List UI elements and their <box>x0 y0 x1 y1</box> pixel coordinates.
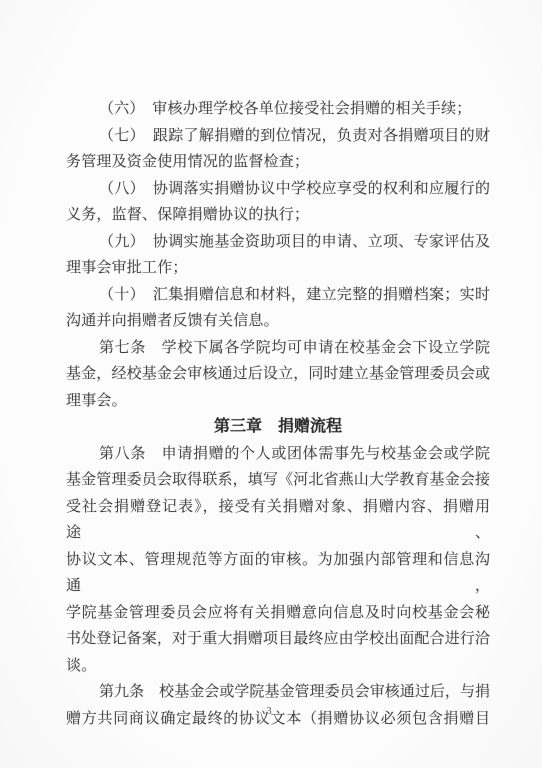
text-line: 协议文本、管理规范等方面的审核。为加强内部管理和信息沟通， <box>66 547 490 600</box>
text-line: 沟通并向捐赠者反馈有关信息。 <box>66 308 490 335</box>
text-line: 义务，监督、保障捐赠协议的执行； <box>66 202 490 229</box>
text-line: 理事会。 <box>66 388 490 415</box>
text-line: 基金，经校基金会审核通过后设立，同时建立基金管理委员会或 <box>66 361 490 388</box>
page-number: 3 <box>0 706 538 717</box>
text-line: （七） 跟踪了解捐赠的到位情况，负责对各捐赠项目的财 <box>66 123 490 150</box>
text-line: （八） 协调落实捐赠协议中学校应享受的权利和应履行的 <box>66 176 490 203</box>
scanned-document-page: （六） 审核办理学校各单位接受社会捐赠的相关手续；（七） 跟踪了解捐赠的到位情况… <box>0 0 542 768</box>
text-line: 第八条 申请捐赠的个人或团体需事先与校基金会或学院 <box>66 441 490 468</box>
text-line: 务管理及资金使用情况的监督检查； <box>66 149 490 176</box>
text-line: 书处登记备案，对于重大捐赠项目最终应由学校出面配合进行洽 <box>66 626 490 653</box>
text-line: 受社会捐赠登记表》，接受有关捐赠对象、捐赠内容、捐赠用途、 <box>66 494 490 547</box>
text-line: （十） 汇集捐赠信息和材料，建立完整的捐赠档案；实时 <box>66 282 490 309</box>
document-body: （六） 审核办理学校各单位接受社会捐赠的相关手续；（七） 跟踪了解捐赠的到位情况… <box>66 96 490 732</box>
text-line: 第九条 校基金会或学院基金管理委员会审核通过后，与捐 <box>66 679 490 706</box>
chapter-heading: 第三章 捐赠流程 <box>66 414 490 441</box>
text-line: 第七条 学校下属各学院均可申请在校基金会下设立学院 <box>66 335 490 362</box>
text-line: 理事会审批工作； <box>66 255 490 282</box>
text-line: 谈。 <box>66 653 490 680</box>
text-line: （六） 审核办理学校各单位接受社会捐赠的相关手续； <box>66 96 490 123</box>
text-line: （九） 协调实施基金资助项目的申请、立项、专家评估及 <box>66 229 490 256</box>
text-line: 基金管理委员会取得联系，填写《河北省燕山大学教育基金会接 <box>66 467 490 494</box>
text-line: 学院基金管理委员会应将有关捐赠意向信息及时向校基金会秘 <box>66 600 490 627</box>
